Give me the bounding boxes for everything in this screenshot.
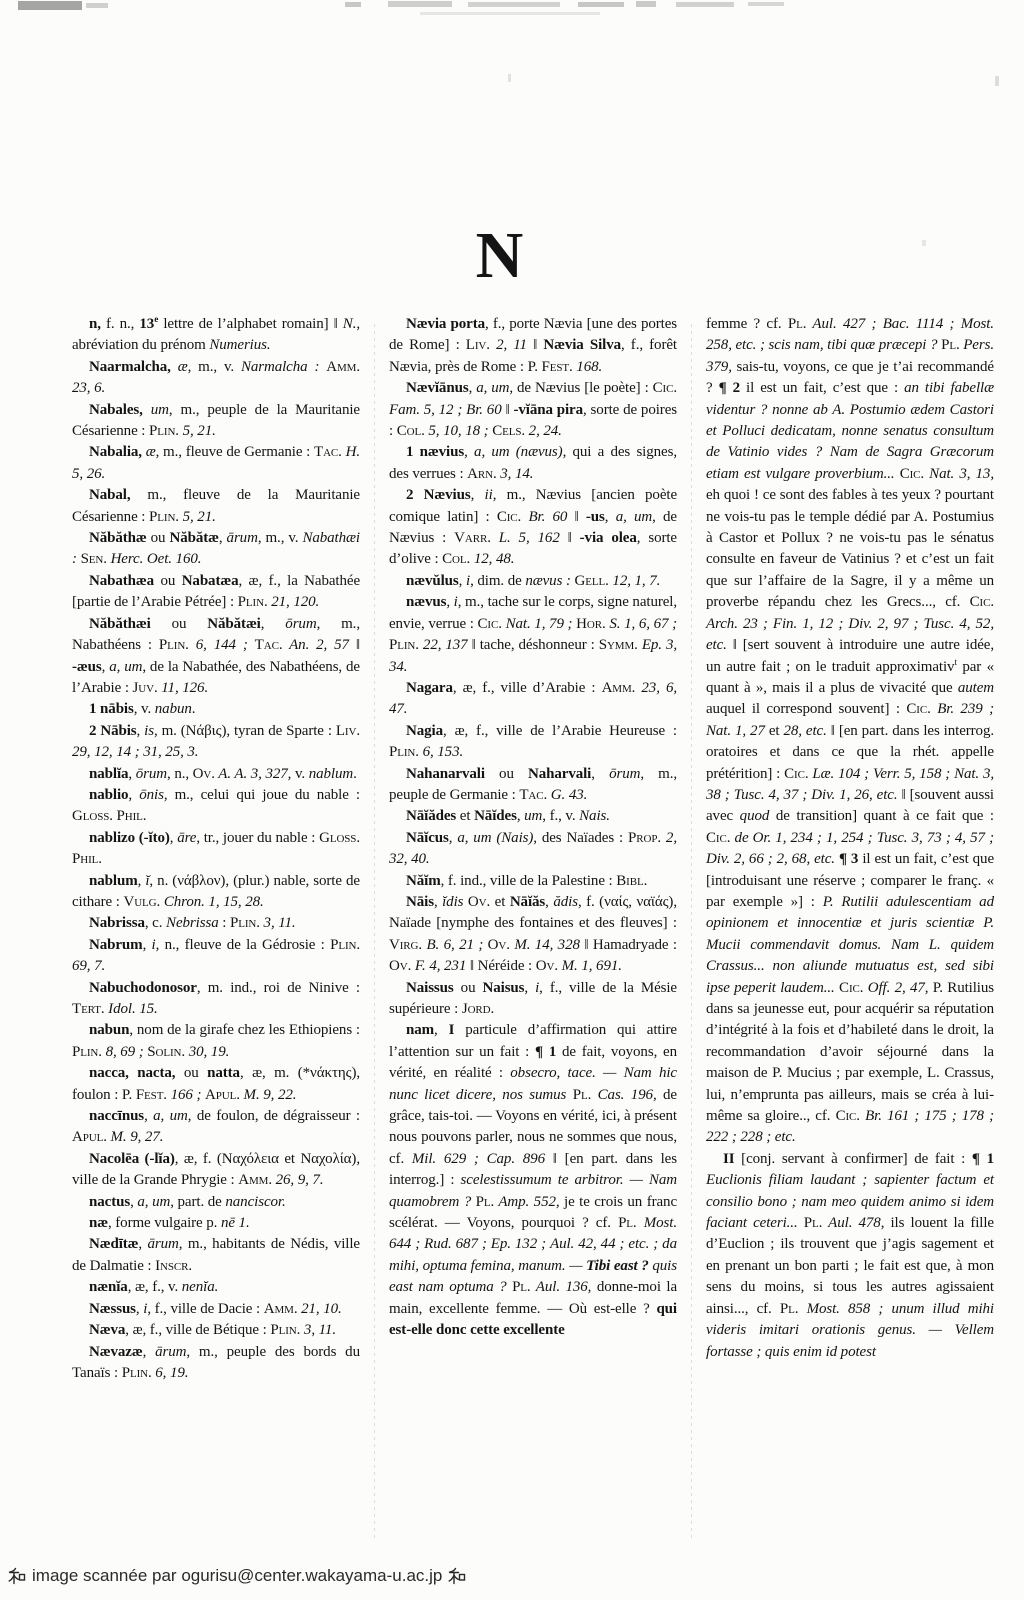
text-segment: ĭdis [442, 894, 463, 910]
text-segment: nævus : [525, 573, 571, 589]
dictionary-entry: næ, forme vulgaire p. nē 1. [72, 1213, 360, 1234]
dictionary-entry: 1 nævius, a, um (nævus), qui a des signe… [389, 442, 677, 485]
text-segment: ¶ 2 [719, 380, 740, 396]
text-segment: Br. 239 ; [931, 701, 994, 717]
text-segment: Nævia Silva [543, 337, 621, 353]
text-segment: , [143, 1344, 156, 1360]
text-segment: , de Nævius [le poète] : [509, 380, 652, 396]
text-segment: ārum [227, 530, 258, 546]
text-segment: Fin. 1, 12 ; [773, 616, 843, 632]
text-segment: Cic. [497, 509, 521, 525]
text-segment: Nabalia, [89, 444, 146, 460]
text-segment: lettre de l’alphabet romain] ‖ [158, 316, 343, 332]
text-segment: et [490, 894, 510, 910]
text-segment: M. 9, 22. [240, 1087, 297, 1103]
text-segment: Cic. [706, 830, 730, 846]
text-segment: Cic. [836, 1108, 860, 1124]
dictionary-entry: nænĭa, æ, f., v. nenĭa. [72, 1277, 360, 1298]
text-segment: Tusc. 3, 73 ; 4, 57 ; [877, 830, 994, 846]
text-segment: Næva [89, 1322, 125, 1338]
text-segment: 5, 21. [179, 509, 216, 525]
text-segment: S. 1, 6, 67 ; [606, 616, 677, 632]
text-segment: 3, 11. [300, 1322, 336, 1338]
text-segment: 2 Nævius [406, 487, 471, 503]
dictionary-entry: nævŭlus, i, dim. de nævus : Gell. 12, 1,… [389, 571, 677, 592]
scan-artifact [578, 2, 624, 7]
text-segment: Apul. [205, 1087, 240, 1103]
dictionary-entry: Nabrissa, c. Nebrissa : Plin. 3, 11. [72, 913, 360, 934]
text-segment: Aul. 478, [822, 1215, 884, 1231]
text-segment: , [471, 487, 485, 503]
text-segment: ōrum [285, 616, 316, 632]
dictionary-entry: Năbăthæ ou Năbătæ, ārum, m., v. Nabathæi… [72, 528, 360, 571]
text-segment: 5, 10, 18 ; [425, 423, 489, 439]
text-segment: ārum [148, 1236, 179, 1252]
text-segment: Plin. [122, 1365, 152, 1381]
scan-artifact [388, 1, 452, 7]
text-segment: Aul. 42, 44 ; [550, 1236, 624, 1252]
text-segment: ou [184, 1065, 207, 1081]
text-segment: Tac. [255, 637, 283, 653]
text-segment: Nabal, [89, 487, 147, 503]
text-segment: is [144, 723, 154, 739]
text-segment: , m., v. [258, 530, 303, 546]
text-segment: ‖ [349, 637, 360, 653]
text-segment: nabun [89, 1022, 129, 1038]
text-segment: um [524, 808, 542, 824]
text-segment: ou [160, 573, 181, 589]
text-segment: Bibl. [616, 873, 647, 889]
dictionary-entry: Nagia, æ, f., ville de l’Arabie Heureuse… [389, 721, 677, 764]
text-segment: Juv. [133, 680, 158, 696]
text-segment: Cap. 896 [487, 1151, 545, 1167]
text-segment: Năbăthæ [89, 530, 151, 546]
text-segment: nē 1. [221, 1215, 250, 1231]
text-segment: -æus [72, 659, 102, 675]
text-segment: Cic. [839, 980, 863, 996]
text-segment: ii [485, 487, 493, 503]
dictionary-entry: nam, I particule d’affirmation qui attir… [389, 1020, 677, 1341]
text-segment: ou [172, 616, 208, 632]
text-segment: Ov. [488, 937, 510, 953]
dictionary-entry: Nabales, um, m., peuple de la Mauritanie… [72, 400, 360, 443]
dictionary-columns: n, f. n., 13e lettre de l’alphabet romai… [72, 314, 960, 1540]
text-segment: Cic. [653, 380, 677, 396]
text-segment: -us [586, 509, 605, 525]
dictionary-entry: Nāĭcus, a, um (Nais), des Naïades : Prop… [389, 828, 677, 871]
text-segment: Nahanarvali [406, 766, 499, 782]
text-segment: Nāĭădes [406, 808, 460, 824]
section-letter-heading: N [0, 218, 1000, 294]
text-segment: a, um (nævus) [474, 444, 563, 460]
text-segment: Naharvali [528, 766, 591, 782]
text-segment: G. 43. [547, 787, 587, 803]
text-segment: Amm. [264, 1301, 298, 1317]
text-segment: Tibi east ? [586, 1258, 649, 1274]
text-segment: femme ? cf. [706, 316, 788, 332]
text-segment: , [261, 616, 286, 632]
text-segment: Amm. [238, 1172, 272, 1188]
text-segment: Off. 2, 47, [863, 980, 928, 996]
text-segment: M. 1, 691. [558, 958, 622, 974]
text-segment: , [144, 1108, 153, 1124]
text-segment: , m. (Νάβις), tyran de Sparte : [154, 723, 336, 739]
text-segment: , m., v. [188, 359, 241, 375]
text-segment: Mil. 629 ; [412, 1151, 479, 1167]
dictionary-entry: Năbăthæi ou Năbătæi, ōrum, m., Nabathéen… [72, 614, 360, 700]
text-segment: v. [291, 766, 308, 782]
text-segment: Pl. [476, 1194, 495, 1210]
text-segment: 13 [139, 316, 154, 332]
text-segment: , nom de la girafe chez les Ethiopiens : [129, 1022, 360, 1038]
text-segment: Virg. [389, 937, 422, 953]
text-segment: 6, 19. [152, 1365, 189, 1381]
text-segment: ădis [553, 894, 578, 910]
text-segment: Plin. [270, 1322, 300, 1338]
text-segment: F. 4, 231 [411, 958, 466, 974]
dictionary-entry: Nabuchodonosor, m. ind., roi de Ninive :… [72, 978, 360, 1021]
text-segment: Pl. [780, 1301, 799, 1317]
text-segment: Pl. [788, 316, 807, 332]
dictionary-entry: nævus, i, m., tache sur le corps, signe … [389, 592, 677, 678]
text-segment: Pl. [512, 1279, 531, 1295]
text-segment: 6, 153. [419, 744, 463, 760]
text-segment: Cic. [478, 616, 502, 632]
text-segment: a, um [153, 1108, 188, 1124]
text-segment: Naarmalcha, [89, 359, 178, 375]
text-segment: , [605, 509, 616, 525]
scan-artifact [995, 76, 999, 86]
text-segment: Prop. [628, 830, 661, 846]
text-segment: 21, 10. [297, 1301, 341, 1317]
dictionary-entry: n, f. n., 13e lettre de l’alphabet romai… [72, 314, 360, 357]
text-segment: Br. 60 [466, 402, 501, 418]
text-segment: auquel il correspond souvent] : [706, 701, 906, 717]
text-segment: . [353, 766, 357, 782]
text-segment: ‖ [527, 337, 543, 353]
text-segment: 1 nābis [89, 701, 134, 717]
text-segment: Nebrissa [166, 915, 219, 931]
text-segment: , [446, 594, 453, 610]
text-segment: natta [207, 1065, 240, 1081]
text-segment: N. [343, 316, 357, 332]
text-segment: , [464, 444, 474, 460]
text-segment: , m. ind., roi de Ninive : [197, 980, 360, 996]
text-segment: Plin. [330, 937, 360, 953]
dictionary-entry: nacca, nacta, ou natta, æ, m. (*νάκτης),… [72, 1063, 360, 1106]
text-segment: Nævia porta [406, 316, 485, 332]
text-segment: , [434, 894, 442, 910]
dictionary-entry: Nævia porta, f., porte Nævia [une des po… [389, 314, 677, 378]
text-segment: 3, 14. [497, 466, 534, 482]
text-segment: Ov. [536, 958, 558, 974]
text-segment: 69, 7. [72, 958, 105, 974]
dictionary-entry: Nahanarvali ou Naharvali, ōrum, m., peup… [389, 764, 677, 807]
text-segment: Div. 1, 26, etc. [811, 787, 897, 803]
text-segment: Fest. [542, 359, 573, 375]
text-segment: , dim. de [470, 573, 525, 589]
dictionary-entry: femme ? cf. Pl. Aul. 427 ; Bac. 1114 ; M… [706, 314, 994, 1149]
text-segment: , f., v. [542, 808, 579, 824]
text-segment: æ [146, 444, 156, 460]
text-segment: Nagara [406, 680, 453, 696]
text-segment: nablum [309, 766, 353, 782]
column-1: n, f. n., 13e lettre de l’alphabet romai… [72, 314, 360, 1540]
text-segment: Most. 858 ; [798, 1301, 883, 1317]
text-segment: Plin. [389, 637, 419, 653]
text-segment: , [219, 530, 227, 546]
text-segment: ¶ 1 [535, 1044, 556, 1060]
text-segment: ōrum [136, 766, 167, 782]
dictionary-entry: nabun, nom de la girafe chez les Ethiopi… [72, 1020, 360, 1063]
text-segment: , de foulon, de dégraisseur : [188, 1108, 360, 1124]
text-segment: Nævazæ [89, 1344, 143, 1360]
text-segment: Inscr. [155, 1258, 192, 1274]
scan-artifact [420, 12, 600, 15]
text-segment: ¶ 3 [839, 851, 858, 867]
text-segment: Nat. 1, 27 [706, 723, 765, 739]
text-segment: Pl. [573, 1087, 592, 1103]
text-segment: Tert. [72, 1001, 105, 1017]
text-segment: Fam. 5, 12 ; [389, 402, 462, 418]
dictionary-entry: nactus, a, um, part. de nanciscor. [72, 1192, 360, 1213]
text-segment: Div. 2, 97 ; [848, 616, 918, 632]
text-segment: 29, 12, 14 ; 31, 25, 3. [72, 744, 198, 760]
text-segment: Nabrum [89, 937, 143, 953]
text-segment: 28, etc. [783, 723, 826, 739]
dictionary-entry: Naissus ou Naisus, i, f., ville de la Mé… [389, 978, 677, 1021]
text-segment: Plin. [159, 637, 189, 653]
footer-credit: image scannée par ogurisu@center.wakayam… [8, 1566, 466, 1586]
text-segment: Fest. [136, 1087, 167, 1103]
text-segment: 22, 137 [419, 637, 468, 653]
text-segment: ‖ [sert souvent à introduire une autre i… [706, 637, 994, 674]
text-segment: Plin. [230, 915, 260, 931]
text-segment: 12, 48. [470, 551, 514, 567]
text-segment: Arch. 23 ; [706, 616, 768, 632]
text-segment: M. 14, 328 [510, 937, 580, 953]
text-segment: [conj. servant à confirmer] de fait : [734, 1151, 971, 1167]
text-segment: Cas. 196, [591, 1087, 656, 1103]
text-segment: Nāis [406, 894, 434, 910]
text-segment: Năbătæ [169, 530, 218, 546]
text-segment: , [128, 766, 135, 782]
dictionary-entry: Nævĭānus, a, um, de Nævius [le poète] : … [389, 378, 677, 442]
text-segment: , n., fleuve de la Gédrosie : [156, 937, 330, 953]
text-segment: Plin. [149, 423, 179, 439]
dictionary-entry: nablizo (-ĭto), āre, tr., jouer du nable… [72, 828, 360, 871]
dictionary-entry: Nabrum, i, n., fleuve de la Gédrosie : P… [72, 935, 360, 978]
text-segment: scis nam, tibi quæ præcepi ? [769, 337, 938, 353]
dictionary-entry: Nædītæ, ārum, m., habitants de Nédis, vi… [72, 1234, 360, 1277]
text-segment: , æ, f., ville de Bétique : [125, 1322, 270, 1338]
text-segment: Cic. [784, 766, 808, 782]
text-segment: ārum [155, 1344, 186, 1360]
text-segment: nævus [406, 594, 446, 610]
text-segment: , f. ind., ville de la Palestine : [441, 873, 617, 889]
dictionary-entry: Næva, æ, f., ville de Bétique : Plin. 3,… [72, 1320, 360, 1341]
text-segment: nablum [89, 873, 138, 889]
text-segment: Sen. [81, 551, 107, 567]
text-segment: 2, 11 [490, 337, 527, 353]
text-segment: a, um [137, 1194, 170, 1210]
scanned-dictionary-page: N n, f. n., 13e lettre de l’alphabet rom… [0, 0, 1024, 1600]
text-segment: , f., ville de Dacie : [147, 1301, 263, 1317]
text-segment: ‖ tache, déshonneur : [468, 637, 599, 653]
text-segment: Nabales, [89, 402, 151, 418]
dictionary-entry: II [conj. servant à confirmer] de fait :… [706, 1149, 994, 1363]
text-segment: , æ, f., ville de l’Arabie Heureuse : [443, 723, 677, 739]
text-segment: Rud. 687 ; [424, 1236, 487, 1252]
text-segment: um [151, 402, 169, 418]
text-segment: a, um [476, 380, 509, 396]
text-segment: Nabathæa [89, 573, 160, 589]
scan-artifact [468, 2, 560, 7]
text-segment: āre [177, 830, 196, 846]
text-segment: , tr., jouer du nable : [196, 830, 319, 846]
text-segment: Amm. [326, 359, 360, 375]
text-segment: Amp. 552, [494, 1194, 559, 1210]
text-segment: Nædītæ [89, 1236, 138, 1252]
text-segment: nanciscor. [225, 1194, 285, 1210]
text-segment: Pl. [941, 337, 960, 353]
text-segment: ‖ [560, 530, 580, 546]
text-segment: et [460, 808, 474, 824]
text-segment: Jord. [462, 1001, 494, 1017]
text-segment: Nat. 1, 79 ; [502, 616, 573, 632]
text-segment: Herc. Oet. 160. [107, 551, 202, 567]
text-segment: æ [178, 359, 188, 375]
text-segment: Gloss. Phil. [72, 808, 146, 824]
text-segment: etc. ; [628, 1236, 658, 1252]
text-segment: Chron. 1, 15, 28. [160, 894, 264, 910]
text-segment: , [591, 766, 609, 782]
text-segment: Pl. [804, 1215, 823, 1231]
text-segment: n, [89, 316, 106, 332]
text-segment: Col. [442, 551, 470, 567]
text-segment: Læ. 104 ; [808, 766, 869, 782]
dictionary-entry: 2 Nævius, ii, m., Nævius [ancien poète c… [389, 485, 677, 571]
text-segment: Varr. [454, 530, 491, 546]
scan-artifact [508, 74, 511, 82]
text-segment: quod [740, 808, 770, 824]
footer-credit-text: image scannée par ogurisu@center.wakayam… [32, 1566, 442, 1586]
dictionary-entry: Næssus, i, f., ville de Dacie : Amm. 21,… [72, 1299, 360, 1320]
text-segment: Naisus [483, 980, 525, 996]
text-segment: , c. [145, 915, 166, 931]
text-segment: Ov. [468, 894, 490, 910]
text-segment: nablio [89, 787, 128, 803]
text-segment: ou [151, 530, 170, 546]
text-segment: Tac. [519, 787, 547, 803]
text-segment: Næssus [89, 1301, 136, 1317]
text-segment: 166 ; [167, 1087, 201, 1103]
text-segment: 30, 19. [185, 1044, 229, 1060]
text-segment: Nabrissa [89, 915, 145, 931]
text-segment: Cic. [900, 466, 924, 482]
text-segment: Idol. 15. [105, 1001, 158, 1017]
text-segment: Verr. 5, 158 ; [873, 766, 950, 782]
column-rule [374, 324, 375, 1540]
text-segment: Aul. 427 ; [806, 316, 876, 332]
scan-artifact [18, 1, 82, 10]
text-segment: Hor. [576, 616, 605, 632]
text-segment: ōnis [139, 787, 164, 803]
text-segment: Liv. [466, 337, 490, 353]
text-segment: B. 6, 21 ; [422, 937, 483, 953]
text-segment: Nacolēa (-lĭa) [89, 1151, 175, 1167]
text-segment: Plin. [72, 1044, 102, 1060]
text-segment: nablĭa [89, 766, 128, 782]
text-segment: Nais. [579, 808, 610, 824]
text-segment: ‖ Hamadryade : [580, 937, 677, 953]
text-segment: ou [499, 766, 528, 782]
text-segment: , v. [134, 701, 155, 717]
text-segment: 21, 120. [268, 594, 320, 610]
text-segment: Naissus [406, 980, 461, 996]
scan-artifact [748, 2, 784, 6]
text-segment: L. 5, 162 [491, 530, 560, 546]
dictionary-entry: nablĭa, ōrum, n., Ov. A. A. 3, 327, v. n… [72, 764, 360, 785]
text-segment: Nāĭcus [406, 830, 449, 846]
text-segment: naccīnus [89, 1108, 144, 1124]
text-segment: a, um (Nais) [457, 830, 533, 846]
text-segment: Năbăthæi [89, 616, 172, 632]
dictionary-entry: Nacolēa (-lĭa), æ, f. (Ναχόλεια et Ναχολ… [72, 1149, 360, 1192]
text-segment: A. A. 3, 327, [215, 766, 291, 782]
text-segment: Liv. [336, 723, 360, 739]
text-segment: ‖ [502, 402, 514, 418]
wa-hanzi-icon [448, 1567, 466, 1585]
text-segment: de transition] quant à ce fait que : [769, 808, 994, 824]
text-segment: 3, 11. [260, 915, 296, 931]
text-segment: Arn. [467, 466, 496, 482]
text-segment: et [765, 723, 784, 739]
text-segment: Col. [397, 423, 425, 439]
text-segment: nam [406, 1022, 434, 1038]
text-segment: II [723, 1151, 734, 1167]
text-segment: 2, 24. [525, 423, 562, 439]
text-segment: Div. 2, 66 ; 2, 68, etc. [706, 851, 835, 867]
dictionary-entry: nablio, ōnis, m., celui qui joue du nabl… [72, 785, 360, 828]
text-segment: , m., fleuve de Germanie : [156, 444, 314, 460]
text-segment: Bac. 1114 ; [883, 316, 955, 332]
text-segment: 8, 69 ; [102, 1044, 144, 1060]
text-segment: Numerius. [209, 337, 270, 353]
text-segment: , æ, f., ville d’Arabie : [453, 680, 602, 696]
text-segment: Ov. [193, 766, 215, 782]
text-segment: Gell. [575, 573, 609, 589]
column-2: Nævia porta, f., porte Nævia [une des po… [389, 314, 677, 1540]
dictionary-entry: Năĭm, f. ind., ville de la Palestine : B… [389, 871, 677, 892]
text-segment: Ov. [389, 958, 411, 974]
text-segment: Solin. [147, 1044, 185, 1060]
text-segment: Plin. [389, 744, 419, 760]
text-segment: nabun [155, 701, 192, 717]
text-segment: a, um [616, 509, 652, 525]
text-segment: 12, 1, 7. [609, 573, 661, 589]
text-segment: , [128, 787, 139, 803]
text-segment: , n., [167, 766, 193, 782]
text-segment: nacca, nacta, [89, 1065, 184, 1081]
text-segment: 23, 6. [72, 380, 105, 396]
text-segment: nænĭa [89, 1279, 128, 1295]
text-segment: autem [958, 680, 994, 696]
text-segment: -via olea [580, 530, 637, 546]
text-segment: Nabuchodonosor [89, 980, 197, 996]
text-segment: An. 2, 57 [282, 637, 348, 653]
column-rule [691, 324, 692, 1540]
